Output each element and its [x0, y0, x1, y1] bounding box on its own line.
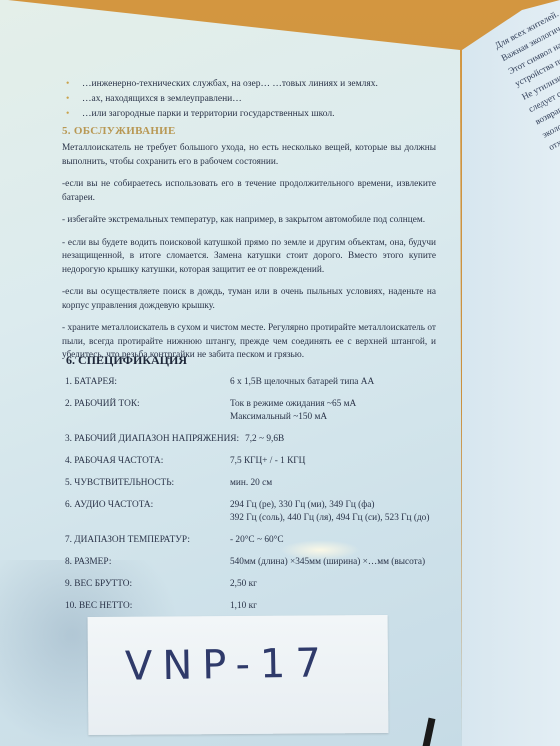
spec-row: 7. ДИАПАЗОН ТЕМПЕРАТУР: - 20°C ~ 60°C [62, 534, 462, 547]
spec-value-line: 392 Гц (соль), 440 Гц (ля), 494 Гц (си),… [230, 512, 462, 525]
spec-table: 1. БАТАРЕЯ: 6 x 1,5В щелочных батарей ти… [62, 376, 462, 622]
spec-row: 9. ВЕС БРУТТО: 2,50 кг [62, 578, 462, 591]
bullet-item: …или загородные парки и территории госуд… [66, 107, 378, 122]
light-glare [280, 540, 360, 560]
maintenance-text: Металлоискатель не требует большого уход… [62, 142, 436, 372]
spec-row: 8. РАЗМЕР: 540мм (длина) ×345мм (ширина)… [62, 556, 462, 569]
spec-value-line: 294 Гц (ре), 330 Гц (ми), 349 Гц (фа) [230, 499, 462, 512]
spec-key: 10. ВЕС НЕТТО: [62, 600, 230, 613]
spec-key: 5. ЧУВСТВИТЕЛЬНОСТЬ: [62, 477, 230, 490]
bullet-item: …ах, находящихся в землеуправлени… [66, 92, 378, 107]
spec-value-line: Максимальный ~150 мА [230, 411, 462, 424]
spec-value-line: Ток в режиме ожидания ~65 мА [230, 398, 462, 411]
section-title-specification: 6. СПЕЦИФИКАЦИЯ [66, 353, 187, 368]
paragraph: -если вы не собираетесь использовать его… [62, 178, 436, 205]
spec-key: 6. АУДИО ЧАСТОТА: [62, 499, 230, 525]
spec-value-line: 7,2 ~ 9,6В [245, 433, 462, 446]
spec-value: 7,5 КГЦ+ / - 1 КГЦ [230, 455, 462, 468]
section-title-maintenance: 5. ОБСЛУЖИВАНИЕ [62, 125, 176, 137]
spec-row: 3. РАБОЧИЙ ДИАПАЗОН НАПРЯЖЕНИЯ: 7,2 ~ 9,… [62, 433, 462, 446]
spec-key: 4. РАБОЧАЯ ЧАСТОТА: [62, 455, 230, 468]
spec-row: 5. ЧУВСТВИТЕЛЬНОСТЬ: мин. 20 см [62, 477, 462, 490]
spec-value-line: мин. 20 см [230, 477, 462, 490]
spec-value-line: 2,50 кг [230, 578, 462, 591]
spec-row: 2. РАБОЧИЙ ТОК: Ток в режиме ожидания ~6… [62, 398, 462, 424]
handwritten-label: VNP-17 [125, 640, 332, 690]
spec-key: 9. ВЕС БРУТТО: [62, 578, 230, 591]
spec-key: 3. РАБОЧИЙ ДИАПАЗОН НАПРЯЖЕНИЯ: [62, 433, 239, 446]
spec-key: 2. РАБОЧИЙ ТОК: [62, 398, 230, 424]
bullet-list: …инженерно-технических службах, на озер…… [66, 77, 378, 122]
spec-value: 2,50 кг [230, 578, 462, 591]
paragraph: -если вы осуществляете поиск в дождь, ту… [62, 286, 436, 313]
paragraph: Металлоискатель не требует большого уход… [62, 142, 436, 169]
spec-key: 7. ДИАПАЗОН ТЕМПЕРАТУР: [62, 534, 230, 547]
spec-row: 6. АУДИО ЧАСТОТА: 294 Гц (ре), 330 Гц (м… [62, 499, 462, 525]
spec-value: Ток в режиме ожидания ~65 мА Максимальны… [230, 398, 462, 424]
spec-key: 8. РАЗМЕР: [62, 556, 230, 569]
paragraph: - избегайте экстремальных температур, ка… [62, 214, 436, 228]
paragraph: - если вы будете водить поисковой катушк… [62, 237, 436, 278]
spec-row: 1. БАТАРЕЯ: 6 x 1,5В щелочных батарей ти… [62, 376, 462, 389]
spec-value-line: 6 x 1,5В щелочных батарей типа АА [230, 376, 462, 389]
spec-value-line: 1,10 кг [230, 600, 462, 613]
spec-key: 1. БАТАРЕЯ: [62, 376, 230, 389]
bullet-item: …инженерно-технических службах, на озер…… [66, 77, 378, 92]
spec-value: мин. 20 см [230, 477, 462, 490]
spec-row: 10. ВЕС НЕТТО: 1,10 кг [62, 600, 462, 613]
spec-value: 1,10 кг [230, 600, 462, 613]
spec-value: 7,2 ~ 9,6В [239, 433, 462, 446]
spec-row: 4. РАБОЧАЯ ЧАСТОТА: 7,5 КГЦ+ / - 1 КГЦ [62, 455, 462, 468]
spec-value: 6 x 1,5В щелочных батарей типа АА [230, 376, 462, 389]
spec-value-line: 7,5 КГЦ+ / - 1 КГЦ [230, 455, 462, 468]
spec-value: 294 Гц (ре), 330 Гц (ми), 349 Гц (фа) 39… [230, 499, 462, 525]
